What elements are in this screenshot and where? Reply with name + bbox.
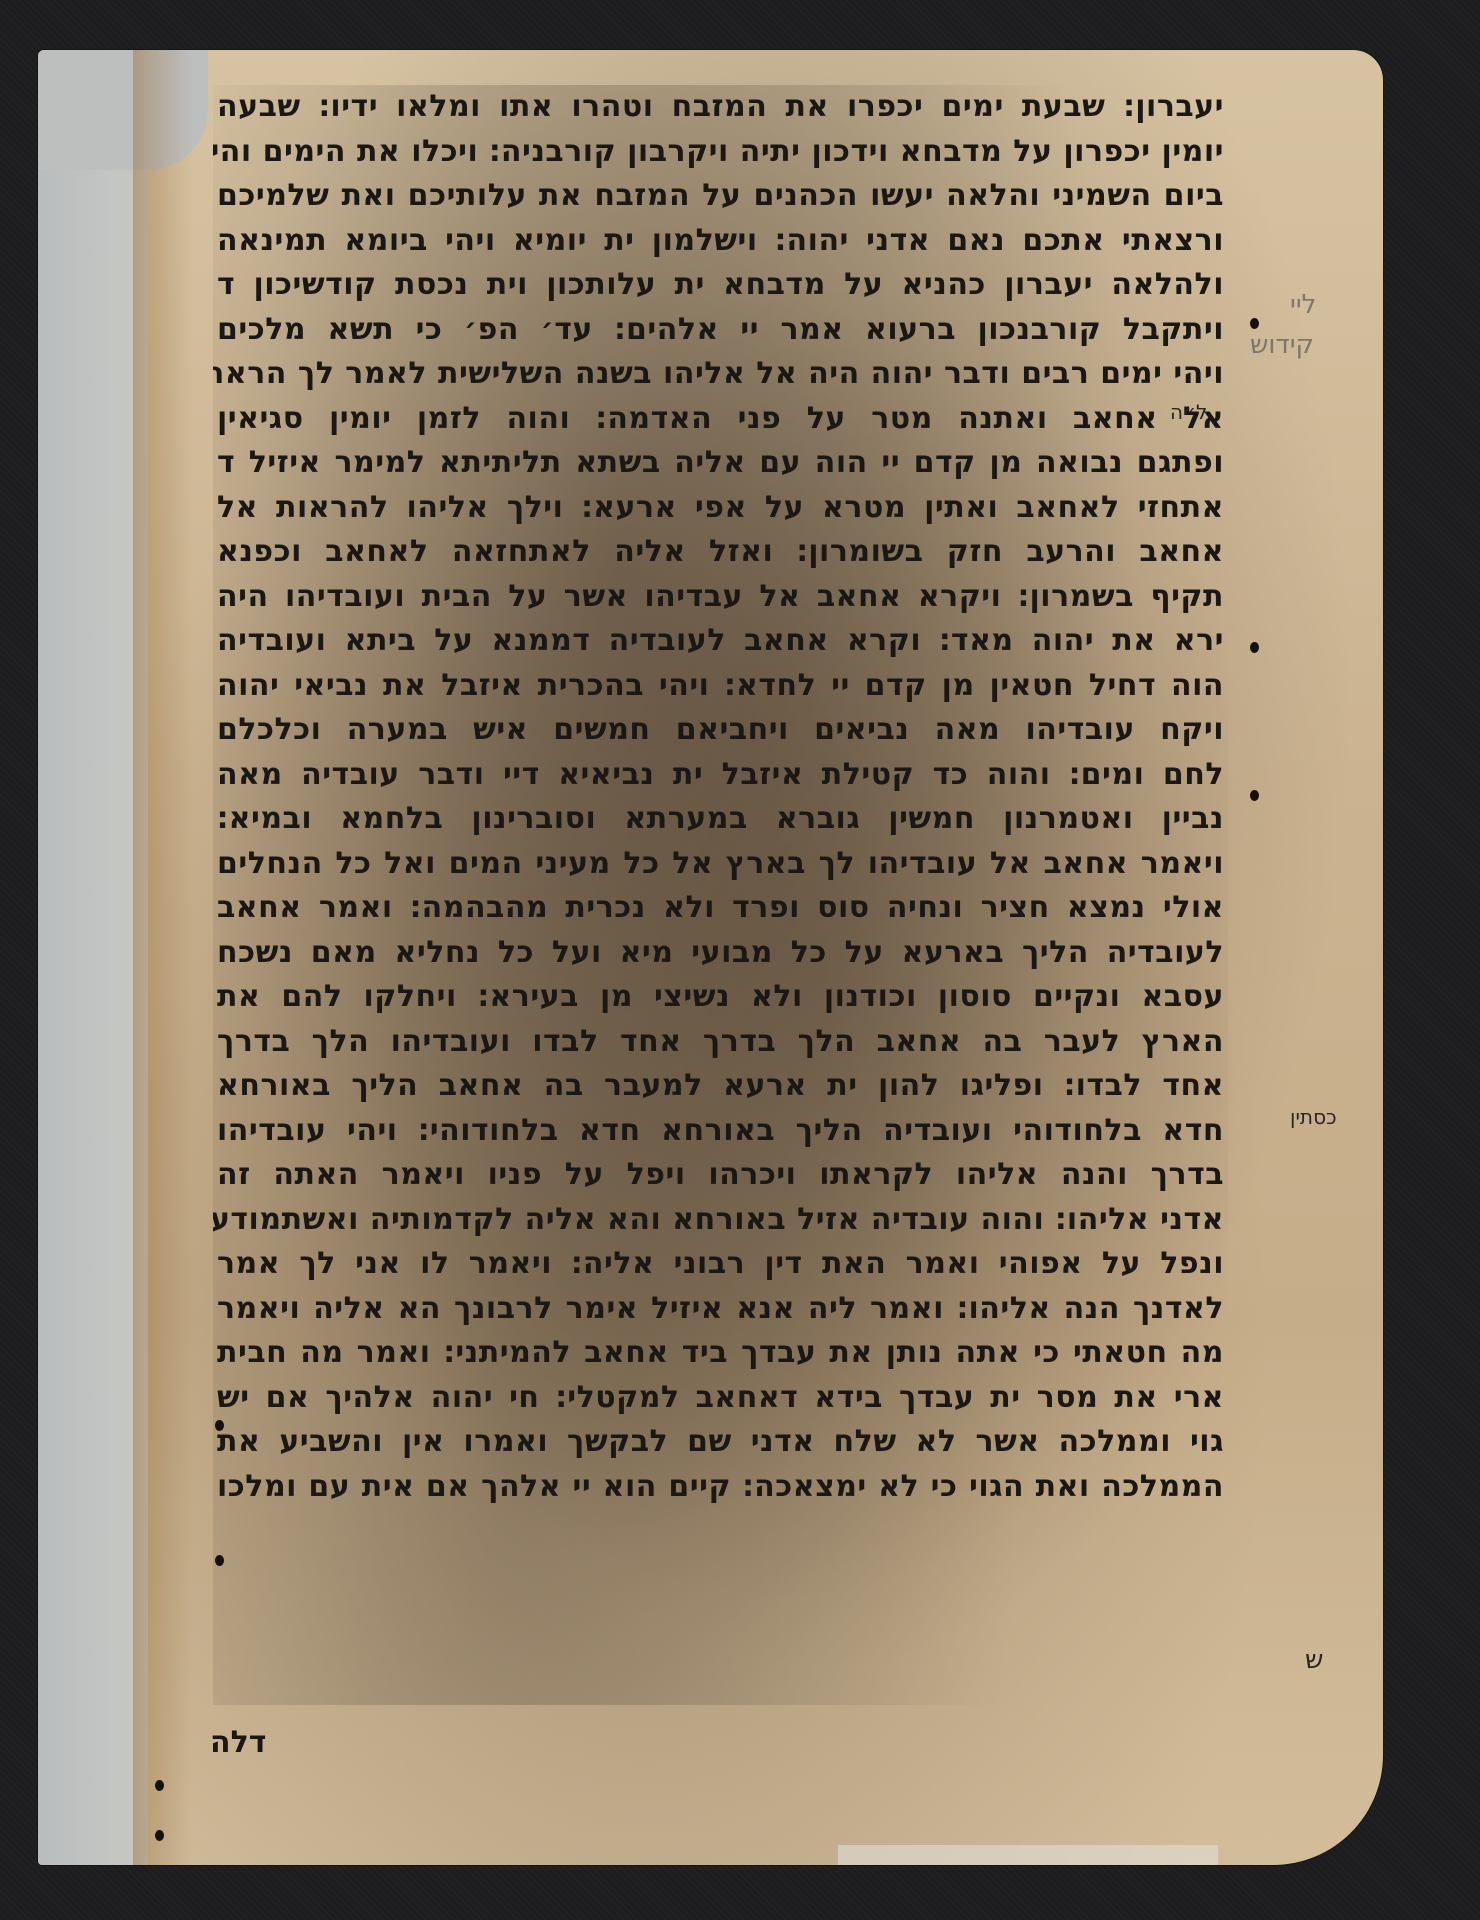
manuscript-folio: יעברון׃ שבעת ימים יכפרו את המזבח וטהרו א… bbox=[38, 50, 1383, 1865]
margin-note: קידוש bbox=[1250, 330, 1314, 360]
margin-note: כסתין bbox=[1290, 1105, 1337, 1129]
text-line: לאדנך הנה אליהו׃ ואמר ליה אנא איזיל אימר… bbox=[213, 1287, 1228, 1332]
text-line: לעובדיה הליך בארעא על כל מבועי מיא ועל כ… bbox=[213, 931, 1228, 976]
text-line: ויאמר אחאב אל עובדיהו לך בארץ אל כל מעינ… bbox=[213, 842, 1228, 887]
pinhole bbox=[215, 1420, 224, 1431]
text-line: לחם ומים׃ והוה כד קטילת איזבל ית נביאיא … bbox=[213, 753, 1228, 798]
text-line: ויהי ימים רבים ודבר יהוה היה אל אליהו בש… bbox=[213, 352, 1228, 397]
paper-repair-strip bbox=[38, 50, 148, 1865]
text-line: יעברון׃ שבעת ימים יכפרו את המזבח וטהרו א… bbox=[213, 85, 1228, 130]
text-line: בדרך והנה אליהו לקראתו ויכרהו ויפל על פנ… bbox=[213, 1153, 1228, 1198]
text-line: חדא בלחודוהי ועובדיה הליך באורחא חדא בלח… bbox=[213, 1109, 1228, 1154]
text-line: ורצאתי אתכם נאם אדני יהוה׃ וישלמון ית יו… bbox=[213, 219, 1228, 264]
text-line: ופתגם נבואה מן קדם יי הוה עם אליה בשתא ת… bbox=[213, 441, 1228, 486]
text-line: ביום השמיני והלאה יעשו הכהנים על המזבח א… bbox=[213, 174, 1228, 219]
text-line: נביין ואטמרנון חמשין גוברא במערתא וסוברי… bbox=[213, 797, 1228, 842]
pinhole bbox=[155, 1830, 164, 1841]
margin-note: ש bbox=[1305, 1645, 1323, 1675]
text-line: הממלכה ואת הגוי כי לא ימצאכה׃ קיים הוא י… bbox=[213, 1465, 1228, 1510]
pinhole bbox=[215, 1555, 224, 1566]
text-line: ולהלאה יעברון כהניא על מדבחא ית עלותכון … bbox=[213, 263, 1228, 308]
text-line: ירא את יהוה מאד׃ וקרא אחאב לעובדיה דממנא… bbox=[213, 619, 1228, 664]
repair-tape bbox=[838, 1845, 1218, 1865]
text-line: מה חטאתי כי אתה נותן את עבדך ביד אחאב לה… bbox=[213, 1331, 1228, 1376]
pinhole bbox=[155, 1780, 164, 1791]
water-stain-edge bbox=[133, 50, 193, 1865]
text-line: אולי נמצא חציר ונחיה סוס ופרד ולא נכרית … bbox=[213, 886, 1228, 931]
text-line: אדני אליהו׃ והוה עובדיה אזיל באורחא והא … bbox=[213, 1198, 1228, 1243]
text-line: הוה דחיל חטאין מן קדם יי לחדא׃ ויהי בהכר… bbox=[213, 664, 1228, 709]
text-line: ויקח עובדיהו מאה נביאים ויחביאם חמשים אי… bbox=[213, 708, 1228, 753]
text-line: תקיף בשמרון׃ ויקרא אחאב אל עבדיהו אשר על… bbox=[213, 575, 1228, 620]
main-text-block: יעברון׃ שבעת ימים יכפרו את המזבח וטהרו א… bbox=[213, 85, 1228, 1705]
text-line: גוי וממלכה אשר לא שלח אדני שם לבקשך ואמר… bbox=[213, 1420, 1228, 1465]
text-line: אתחזי לאחאב ואתין מטרא על אפי ארעא׃ וילך… bbox=[213, 486, 1228, 531]
text-line: אחד לבדו׃ ופליגו להון ית ארעא למעבר בה א… bbox=[213, 1064, 1228, 1109]
text-line: אחאב והרעב חזק בשומרון׃ ואזל אליה לאתחזא… bbox=[213, 530, 1228, 575]
margin-note: ל״ה bbox=[1170, 400, 1207, 424]
pinhole bbox=[1250, 642, 1259, 653]
margin-note: ליי bbox=[1290, 290, 1316, 320]
text-line: אל אחאב ואתנה מטר על פני האדמה׃ והוה לזמ… bbox=[213, 397, 1228, 442]
pinhole bbox=[1250, 790, 1259, 801]
text-line: יומין יכפרון על מדבחא וידכון יתיה ויקרבו… bbox=[213, 130, 1228, 175]
text-line: ונפל על אפוהי ואמר האת דין רבוני אליה׃ ו… bbox=[213, 1242, 1228, 1287]
text-line: ארי את מסר ית עבדך בידא דאחאב למקטלי׃ חי… bbox=[213, 1376, 1228, 1421]
text-line: עסבא ונקיים סוסון וכודנון ולא נשיצי מן ב… bbox=[213, 975, 1228, 1020]
text-line: ויתקבל קורבנכון ברעוא אמר יי אלהים׃ עד׳ … bbox=[213, 308, 1228, 353]
pinhole bbox=[1250, 318, 1259, 329]
catchword: דלה bbox=[210, 1725, 266, 1760]
text-line: הארץ לעבר בה אחאב הלך בדרך אחד לבדו ועוב… bbox=[213, 1020, 1228, 1065]
